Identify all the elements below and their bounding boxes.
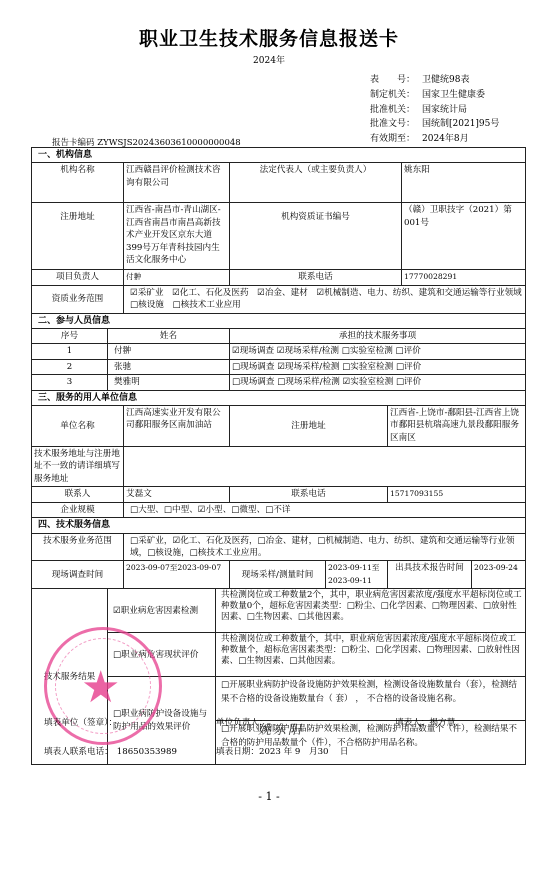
- form-meta: 表 号：卫健统98表 制定机关：国家卫生健康委 批准机关：国家统计局 批准文号：…: [370, 73, 499, 147]
- result-label: □职业病危害现状评价: [108, 633, 216, 677]
- report-time: 2023-09-24: [472, 561, 526, 589]
- contact: 艾磊文: [124, 487, 230, 502]
- reg-addr-label: 注册地址: [32, 203, 124, 270]
- result-text: 共检测岗位或工种数量个，其中，职业病危害因素浓度/强度水平超标岗位或工种数量个，…: [216, 633, 526, 677]
- org-name: 江西赣昌评价检测技术咨询有限公司: [124, 163, 230, 203]
- col-name-header: 姓名: [108, 329, 230, 344]
- service-addr-label: 技术服务地址与注册地址不一致的请详细填写服务地址: [32, 447, 124, 487]
- unit-reg-addr: 江西省-上饶市-鄱阳县-江西省上饶市鄱阳县杭瑞高速九景段鄱阳服务区南区: [388, 406, 526, 447]
- phone-label: 联系电话: [230, 270, 402, 285]
- filler-phone: 填表人联系电话：18650353989: [44, 745, 177, 757]
- form-title: 职业卫生技术服务信息报送卡: [0, 24, 538, 51]
- meta-row: 表 号：卫健统98表: [370, 73, 499, 88]
- results-label: 技术服务结果: [32, 589, 108, 765]
- meta-row: 批准机关：国家统计局: [370, 103, 499, 118]
- task-checklist: ☑现场调查 ☑现场采样/检测 □实验室检测 □评价: [230, 344, 526, 359]
- project-lead: 付翀: [124, 270, 230, 285]
- scope-checklist: ☑采矿业 ☑化工、石化及医药 ☑冶金、建材 ☑机械制造、电力、纺织、建筑和交通运…: [124, 285, 526, 313]
- unit-sign-label: 填表单位（签章）：: [44, 716, 117, 728]
- unit-name-label: 单位名称: [32, 406, 124, 447]
- scope-label: 资质业务范围: [32, 285, 124, 313]
- result-text: 共检测岗位或工种数量2个，其中，职业病危害因素浓度/强度水平超标岗位或工种数量0…: [216, 589, 526, 633]
- survey-time-label: 现场调查时间: [32, 561, 124, 589]
- section-heading: 三、服务的用人单位信息: [32, 390, 526, 405]
- survey-time: 2023-09-07至2023-09-07: [124, 561, 230, 589]
- unit-reg-addr-label: 注册地址: [230, 406, 388, 447]
- cert-no: （赣）卫职技字（2021）第001号: [402, 203, 526, 270]
- contact-label: 联系人: [32, 487, 124, 502]
- table-row: 2 张驰 □现场调查 ☑现场采样/检测 □实验室检测 □评价: [32, 359, 526, 374]
- table-row: 1 付翀 ☑现场调查 ☑现场采样/检测 □实验室检测 □评价: [32, 344, 526, 359]
- report-time-label: 出具技术报告时间: [388, 561, 472, 589]
- meta-row: 制定机关：国家卫生健康委: [370, 88, 499, 103]
- service-scope-checklist: □采矿业，☑化工、石化及医药，□冶金、建材，□机械制造、电力、纺织、建筑和交通运…: [124, 533, 526, 561]
- section-heading: 二、参与人员信息: [32, 313, 526, 328]
- table-row: 3 樊雅明 □现场调查 □现场采样/检测 ☑实验室检测 □评价: [32, 375, 526, 390]
- service-addr: [124, 447, 526, 487]
- sampling-time-label: 现场采样/测量时间: [230, 561, 326, 589]
- section-heading: 一、机构信息: [32, 148, 526, 163]
- scale-checklist: □大型、□中型、☑小型、□微型、□不详: [124, 502, 526, 517]
- contact-phone: 15717093155: [388, 487, 526, 502]
- fill-date: 填表日期：2023 年 9 月30 日: [216, 745, 348, 757]
- unit-head-signature: 姚东阳: [258, 719, 303, 738]
- sampling-time: 2023-09-11至2023-09-11: [326, 561, 388, 589]
- project-lead-label: 项目负责人: [32, 270, 124, 285]
- form-year: 2024年: [0, 53, 538, 66]
- reg-addr: 江西省-南昌市-青山湖区-江西省南昌市南昌高新技术产业开发区京东大道399号万年…: [124, 203, 230, 270]
- col-tasks-header: 承担的技术服务事项: [230, 329, 526, 344]
- legal-rep: 姚东阳: [402, 163, 526, 203]
- col-no-header: 序号: [32, 329, 108, 344]
- info-table: 一、机构信息 机构名称 江西赣昌评价检测技术咨询有限公司 法定代表人（或主要负责…: [31, 147, 526, 765]
- cert-label: 机构资质证书编号: [230, 203, 402, 270]
- page-number: - 1 -: [0, 790, 538, 803]
- result-label: ☑职业病危害因素检测: [108, 589, 216, 633]
- service-scope-label: 技术服务业务范围: [32, 533, 124, 561]
- filler: 填表人：揭方慧: [395, 716, 455, 728]
- meta-row: 有效期至：2024年8月: [370, 132, 499, 147]
- meta-row: 批准文号：国统制[2021]95号: [370, 117, 499, 132]
- task-checklist: □现场调查 ☑现场采样/检测 □实验室检测 □评价: [230, 359, 526, 374]
- phone: 17770028291: [402, 270, 526, 285]
- task-checklist: □现场调查 □现场采样/检测 ☑实验室检测 □评价: [230, 375, 526, 390]
- org-name-label: 机构名称: [32, 163, 124, 203]
- legal-rep-label: 法定代表人（或主要负责人）: [230, 163, 402, 203]
- contact-phone-label: 联系电话: [230, 487, 388, 502]
- unit-name: 江西高速实业开发有限公司鄱阳服务区南加油站: [124, 406, 230, 447]
- scale-label: 企业规模: [32, 502, 124, 517]
- result-text: □开展职业病防护设备设施防护效果检测，检测设备设施数量台（套），检测结果不合格的…: [216, 677, 526, 721]
- section-heading: 四、技术服务信息: [32, 518, 526, 533]
